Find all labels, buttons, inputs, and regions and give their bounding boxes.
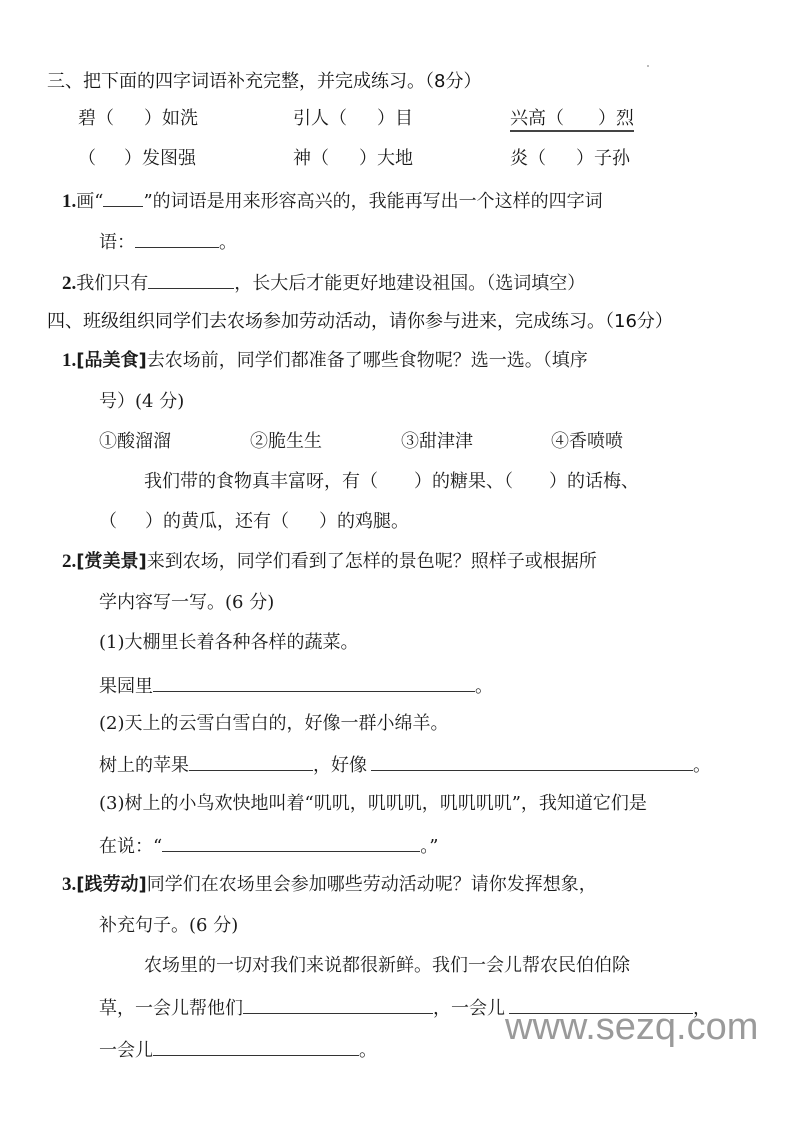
answer-blank-activity-3[interactable] [153, 1037, 359, 1056]
s4-question-2-line-2: 学内容写一写。(6 分) [99, 591, 274, 615]
question-number: 2. [62, 551, 76, 572]
answer-3-line: 在说：“。” [99, 833, 438, 859]
question-text: 去农场前，同学们都准备了哪些食物呢？选一选。（填序 [147, 350, 588, 371]
underline-sample-blank [103, 188, 143, 207]
answer-blank-activity-1[interactable] [243, 995, 433, 1014]
question-text: 。 [219, 232, 237, 253]
idiom-text: ）烈 [598, 108, 634, 129]
example-2: (2)天上的云雪白雪白的，好像一群小绵羊。 [99, 712, 449, 736]
answer-suffix: 。 [693, 755, 711, 776]
section-4-title: 四、班级组织同学们去农场参加劳动活动，请你参与进来，完成练习。（16分） [47, 310, 673, 334]
question-text: ，长大后才能更好地建设祖国。（选词填空） [234, 273, 585, 294]
idiom-text: ）大地 [359, 148, 413, 169]
idiom-1: 碧（）如洗 [78, 107, 198, 131]
answer-blank-simile[interactable] [371, 752, 693, 771]
idiom-text: 引人（ [293, 108, 347, 129]
s3-question-1-line-2: 语：。 [99, 229, 237, 255]
watermark: www.sezq.com [505, 1006, 758, 1049]
paragraph-text: （ [99, 511, 117, 532]
answer-prefix: 在说：“ [99, 836, 162, 857]
idiom-text: ）目 [377, 108, 413, 129]
question-text: 我们只有 [76, 273, 148, 294]
option-3: ③甜津津 [401, 430, 473, 454]
food-paragraph-line-2: （）的黄瓜，还有（）的鸡腿。 [99, 510, 409, 534]
question-text: 画“ [76, 191, 103, 212]
question-text: ”的词语是用来形容高兴的，我能再写出一个这样的四字词 [143, 191, 602, 212]
s4-question-1-line-2: 号）(4 分) [99, 390, 184, 414]
answer-blank-fill-word[interactable] [148, 270, 234, 289]
answer-blank-apple[interactable] [189, 752, 313, 771]
idiom-text: ）子孙 [576, 148, 630, 169]
question-number: 1. [62, 350, 76, 371]
answer-blank-orchard[interactable] [153, 673, 475, 692]
labor-paragraph-line-1: 农场里的一切对我们来说都很新鲜。我们一会儿帮农民伯伯除 [144, 954, 630, 978]
s4-question-2-line-1: 2.[赏美景]来到农场，同学们看到了怎样的景色呢？照样子或根据所 [62, 550, 597, 574]
paragraph-text: ）的话梅、 [549, 471, 639, 492]
s4-question-1-line-1: 1.[品美食]去农场前，同学们都准备了哪些食物呢？选一选。（填序 [62, 349, 588, 373]
example-1: (1)大棚里长着各种各样的蔬菜。 [99, 631, 359, 655]
s3-question-1-line-1: 1.画“”的词语是用来形容高兴的，我能再写出一个这样的四字词 [62, 188, 603, 214]
idiom-3-underlined: 兴高（）烈 [510, 107, 634, 131]
paragraph-text: 草，一会儿帮他们 [99, 998, 243, 1019]
paragraph-text: ）的鸡腿。 [319, 511, 409, 532]
answer-prefix: 果园里 [99, 676, 153, 697]
idiom-6: 炎（）子孙 [510, 147, 630, 171]
paragraph-text: 。 [359, 1040, 377, 1061]
question-tag: [践劳动] [76, 874, 146, 895]
idiom-text: ）如洗 [144, 108, 198, 129]
question-number: 1. [62, 191, 76, 212]
answer-suffix: 。” [420, 836, 438, 857]
answer-2-line: 树上的苹果，好像。 [99, 752, 711, 778]
option-4: ④香喷喷 [551, 430, 623, 454]
question-tag: [赏美景] [76, 551, 146, 572]
food-paragraph-line-1: 我们带的食物真丰富呀，有（）的糖果、（）的话梅、 [144, 470, 639, 494]
answer-suffix: 。 [475, 676, 493, 697]
question-text: 同学们在农场里会参加哪些劳动活动呢？请你发挥想象， [147, 874, 597, 895]
paragraph-text: ）的糖果、（ [414, 471, 513, 492]
option-2: ②脆生生 [250, 430, 322, 454]
option-1: ①酸溜溜 [99, 430, 171, 454]
scan-speck [647, 65, 649, 67]
idiom-text: ）发图强 [124, 148, 196, 169]
question-text: 来到农场，同学们看到了怎样的景色呢？照样子或根据所 [147, 551, 597, 572]
answer-blank-bird-speech[interactable] [162, 833, 420, 852]
idiom-text: 兴高（ [510, 108, 564, 129]
question-number: 3. [62, 874, 76, 895]
idiom-5: 神（）大地 [293, 147, 413, 171]
idiom-text: 碧（ [78, 108, 114, 129]
question-text: 语： [99, 232, 135, 253]
idiom-text: 神（ [293, 148, 329, 169]
paragraph-text: 一会儿 [99, 1040, 153, 1061]
question-tag: [品美食] [76, 350, 146, 371]
idiom-2: 引人（）目 [293, 107, 413, 131]
question-number: 2. [62, 273, 76, 294]
section-3-title: 三、把下面的四字词语补充完整，并完成练习。（8分） [47, 70, 481, 94]
s3-question-2: 2.我们只有，长大后才能更好地建设祖国。（选词填空） [62, 270, 585, 296]
s4-question-3-line-2: 补充句子。(6 分) [99, 914, 238, 938]
paragraph-text: ，一会儿 [433, 998, 505, 1019]
answer-prefix: 树上的苹果 [99, 755, 189, 776]
paragraph-text: 我们带的食物真丰富呀，有（ [144, 471, 378, 492]
answer-blank-idiom[interactable] [135, 229, 219, 248]
idiom-text: （ [78, 148, 96, 169]
answer-text: ，好像 [313, 755, 367, 776]
s4-question-3-line-1: 3.[践劳动]同学们在农场里会参加哪些劳动活动呢？请你发挥想象， [62, 873, 597, 897]
idiom-text: 炎（ [510, 148, 546, 169]
example-3: (3)树上的小鸟欢快地叫着“叽叽，叽叽叽，叽叽叽叽”，我知道它们是 [99, 792, 647, 816]
answer-1-line: 果园里。 [99, 673, 493, 699]
paragraph-text: ）的黄瓜，还有（ [145, 511, 289, 532]
idiom-4: （）发图强 [78, 147, 196, 171]
labor-paragraph-line-3: 一会儿。 [99, 1037, 377, 1063]
